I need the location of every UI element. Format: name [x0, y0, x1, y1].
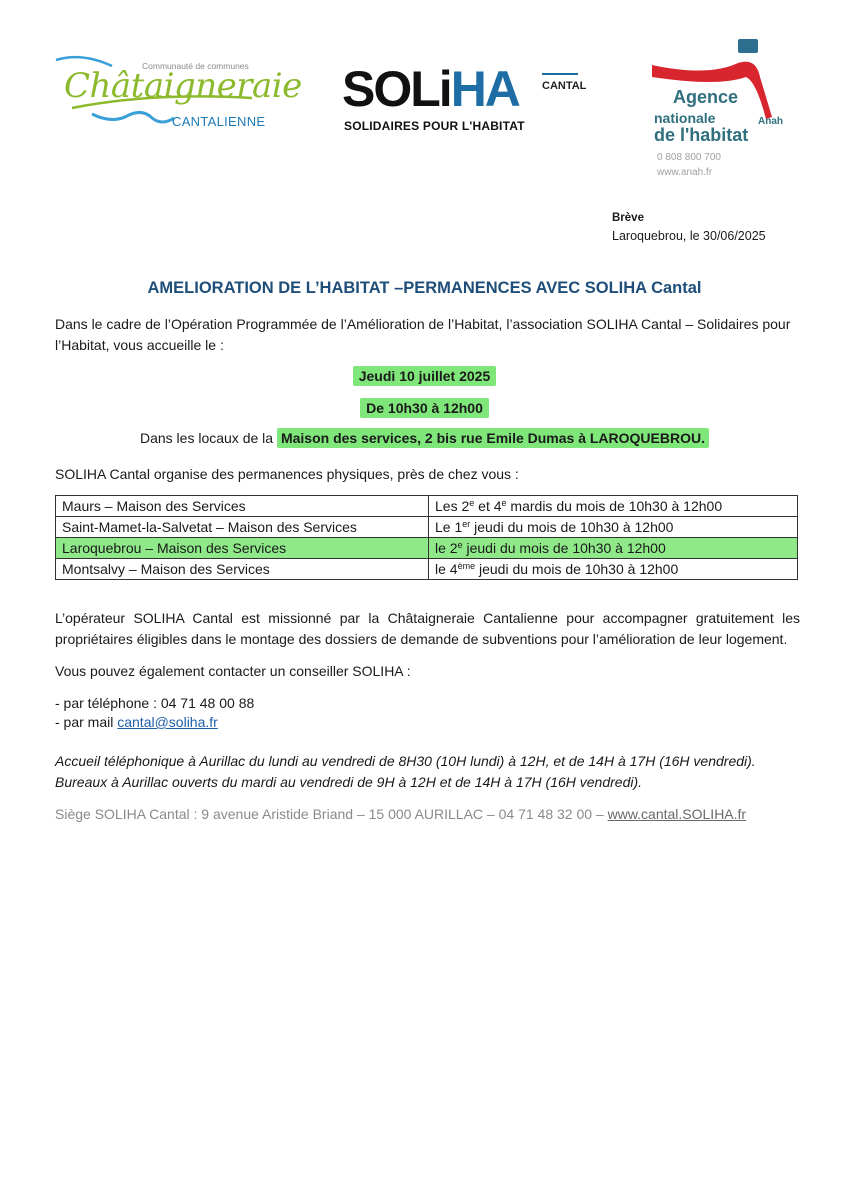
event-time-line: De 10h30 à 12h00 — [0, 400, 849, 416]
anah-line1: Agence — [673, 87, 738, 108]
soliha-logo: SOLiHA CANTAL SOLIDAIRES POUR L'HABITAT — [342, 70, 592, 135]
siege-line: Siège SOLIHA Cantal : 9 avenue Aristide … — [55, 804, 800, 825]
permanence-location: Montsalvy – Maison des Services — [56, 559, 429, 580]
accueil-paragraph: Accueil téléphonique à Aurillac du lundi… — [55, 751, 800, 793]
soliha-cantal-label: CANTAL — [542, 80, 586, 92]
chataigneraie-sub-text: CANTALIENNE — [172, 114, 265, 129]
permanence-schedule: le 2e jeudi du mois de 10h30 à 12h00 — [429, 538, 798, 559]
permanence-location: Saint-Mamet-la-Salvetat – Maison des Ser… — [56, 517, 429, 538]
document-type: Brève — [612, 212, 644, 224]
anah-logo: Agence nationale Anah de l'habitat 0 808… — [648, 37, 788, 182]
table-row-highlighted: Laroquebrou – Maison des Services le 2e … — [56, 538, 798, 559]
permanence-schedule: Les 2e et 4e mardis du mois de 10h30 à 1… — [429, 496, 798, 517]
organise-paragraph: SOLIHA Cantal organise des permanences p… — [55, 464, 800, 485]
soliha-tagline: SOLIDAIRES POUR L'HABITAT — [344, 119, 525, 133]
chataigneraie-logo: Communauté de communes Châtaigneraie CAN… — [52, 52, 262, 132]
contact-intro: Vous pouvez également contacter un conse… — [55, 661, 800, 682]
table-row: Saint-Mamet-la-Salvetat – Maison des Ser… — [56, 517, 798, 538]
event-place-line: Dans les locaux de la Maison des service… — [0, 430, 849, 446]
siege-website-link[interactable]: www.cantal.SOLIHA.fr — [608, 806, 747, 822]
anah-website[interactable]: www.anah.fr — [657, 167, 712, 178]
contact-mail-line: - par mail cantal@soliha.fr — [55, 712, 800, 733]
permanence-schedule: le 4ème jeudi du mois de 10h30 à 12h00 — [429, 559, 798, 580]
event-place: Maison des services, 2 bis rue Emile Dum… — [277, 428, 709, 448]
event-date: Jeudi 10 juillet 2025 — [353, 366, 497, 386]
permanence-location: Laroquebrou – Maison des Services — [56, 538, 429, 559]
anah-acronym: Anah — [758, 116, 783, 127]
contact-mail-link[interactable]: cantal@soliha.fr — [117, 714, 218, 730]
dateline: Laroquebrou, le 30/06/2025 — [612, 229, 766, 243]
page-title: AMELIORATION DE L’HABITAT –PERMANENCES A… — [0, 279, 849, 298]
soliha-wordmark: SOLiHA — [342, 64, 519, 114]
anah-line2: nationale — [654, 110, 715, 126]
permanence-schedule: Le 1er jeudi du mois de 10h30 à 12h00 — [429, 517, 798, 538]
anah-phone: 0 808 800 700 — [657, 152, 721, 163]
event-place-prefix: Dans les locaux de la — [140, 430, 277, 446]
permanences-table: Maurs – Maison des Services Les 2e et 4e… — [55, 495, 798, 580]
event-time: De 10h30 à 12h00 — [360, 398, 489, 418]
operator-paragraph: L’opérateur SOLIHA Cantal est missionné … — [55, 608, 800, 650]
soliha-cantal-bar — [542, 73, 578, 75]
chataigneraie-main-text: Châtaigneraie — [64, 66, 302, 106]
contact-phone: - par téléphone : 04 71 48 00 88 — [55, 693, 800, 714]
event-date-line: Jeudi 10 juillet 2025 — [0, 368, 849, 384]
permanence-location: Maurs – Maison des Services — [56, 496, 429, 517]
intro-paragraph: Dans le cadre de l’Opération Programmée … — [55, 314, 800, 356]
table-row: Montsalvy – Maison des Services le 4ème … — [56, 559, 798, 580]
table-row: Maurs – Maison des Services Les 2e et 4e… — [56, 496, 798, 517]
anah-line3: de l'habitat — [654, 125, 748, 146]
